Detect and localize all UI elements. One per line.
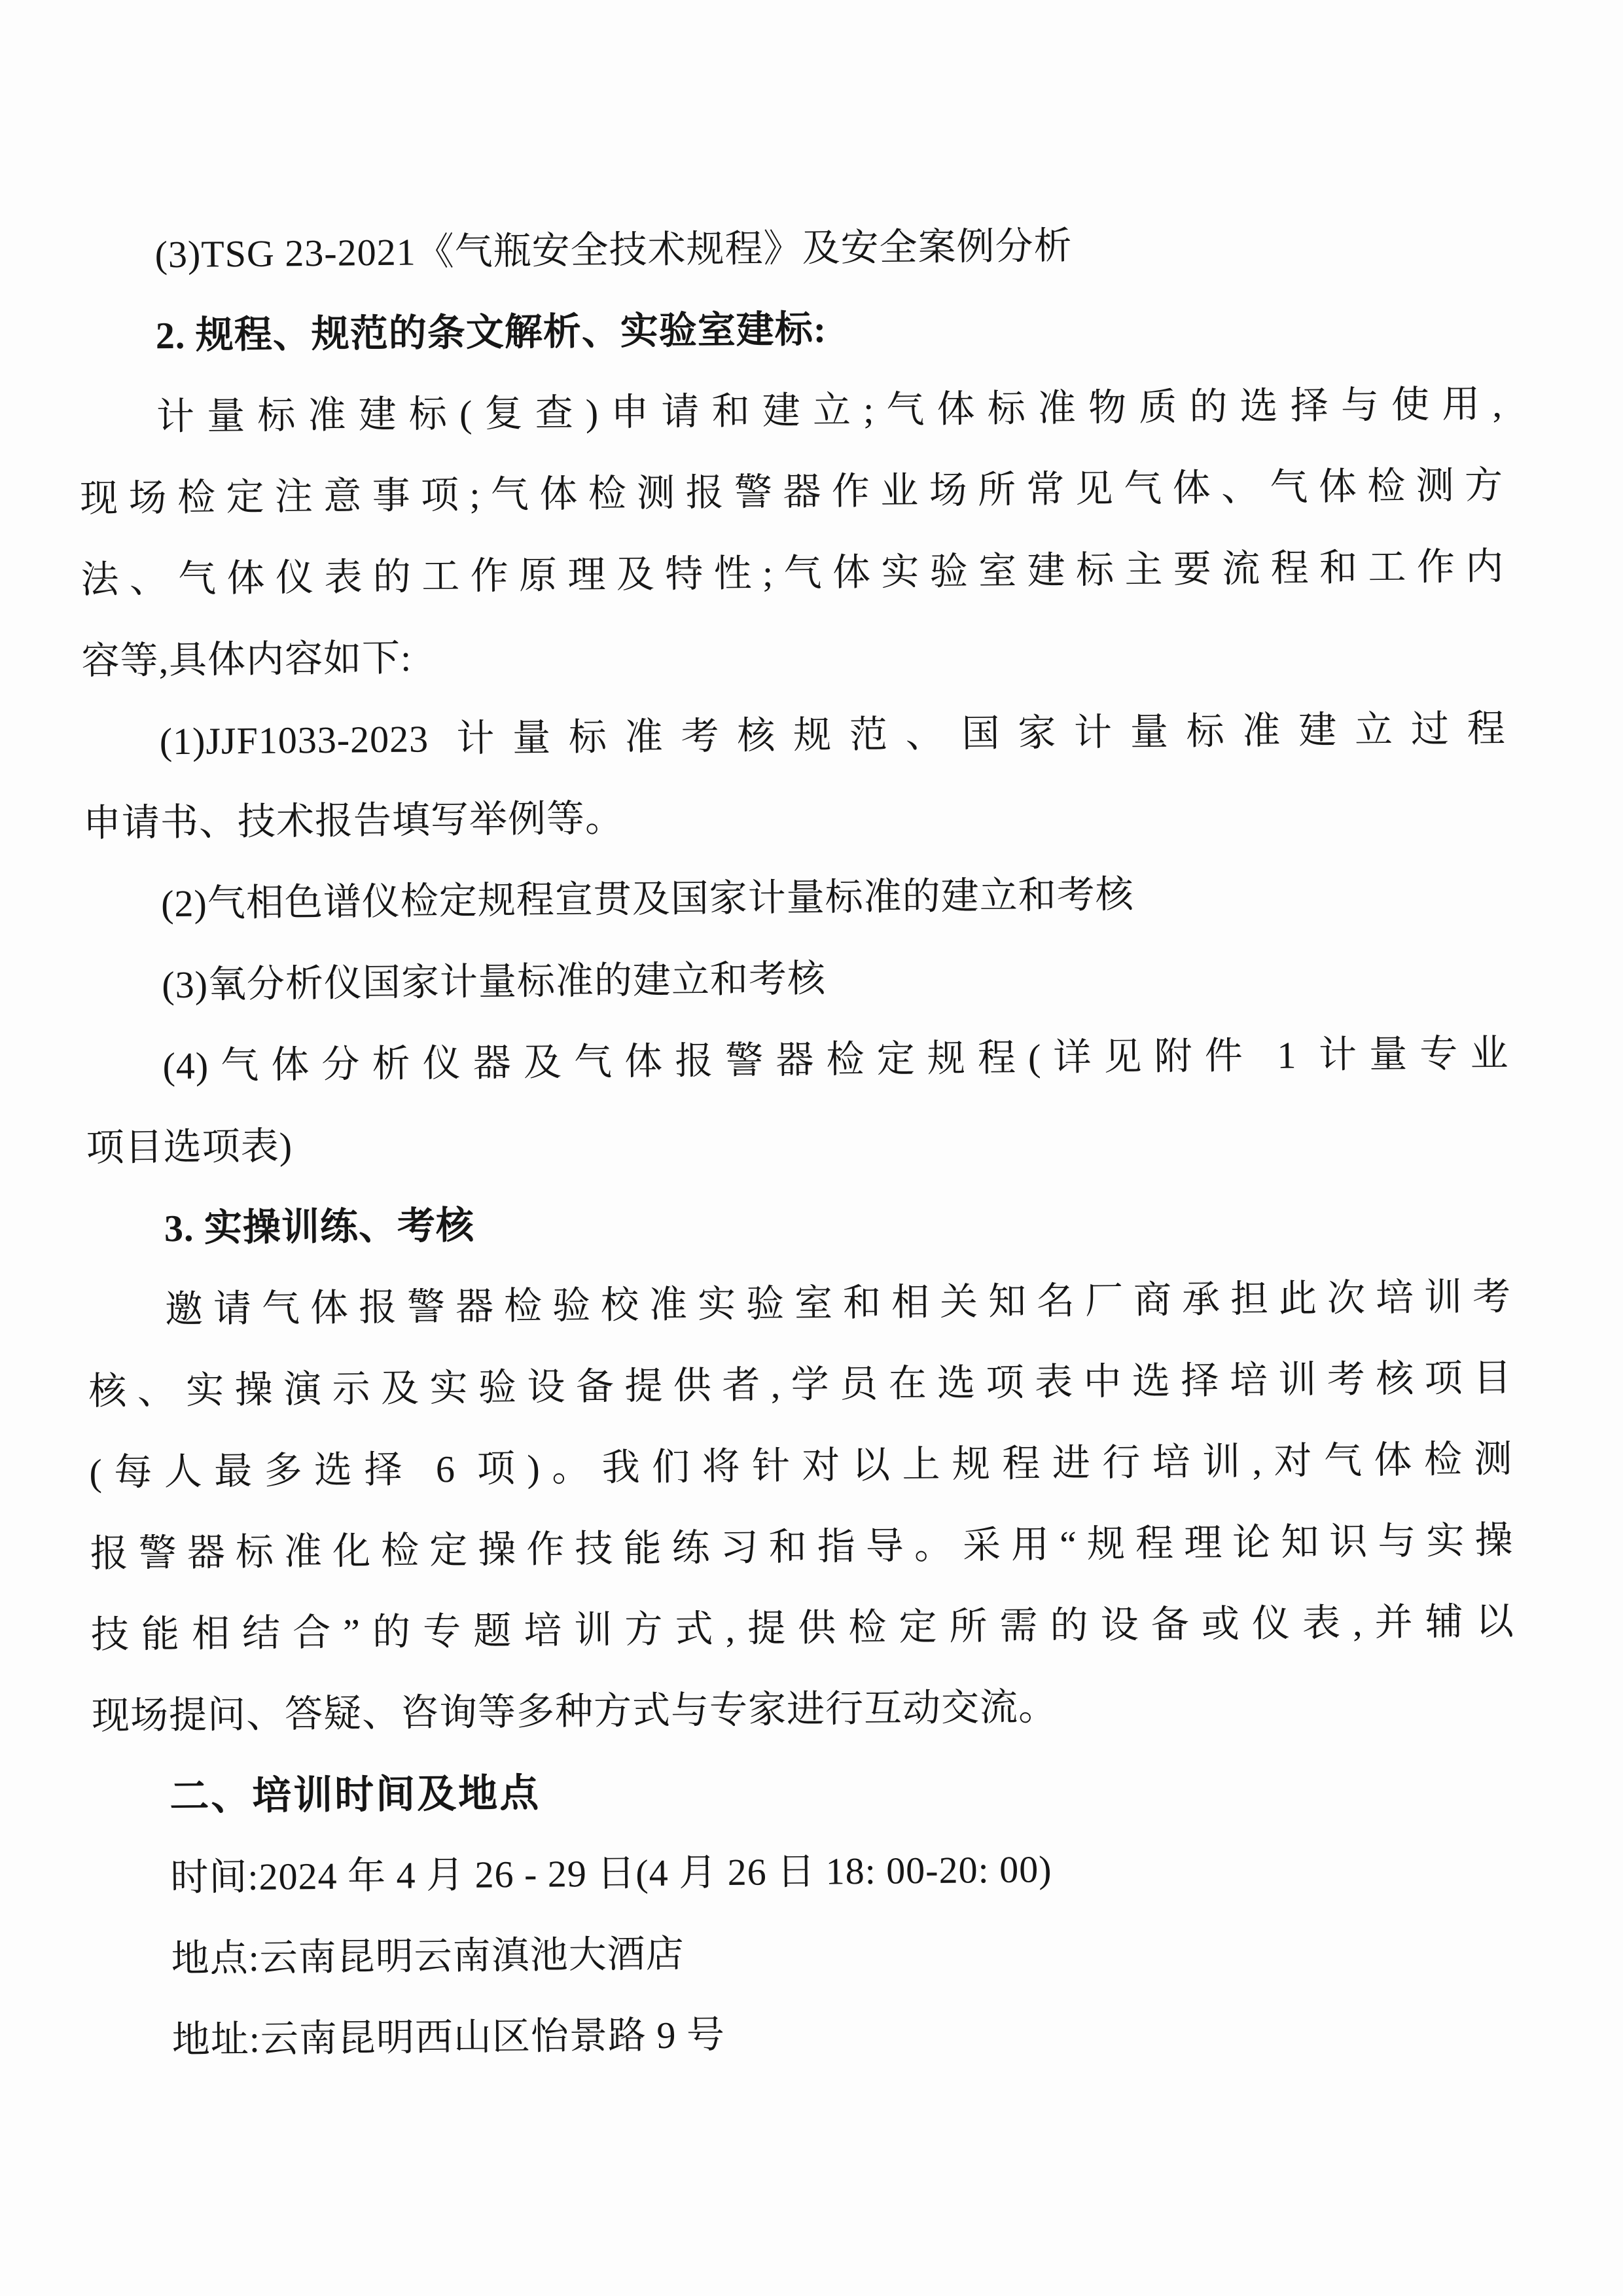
section-heading-training-time-location: 二、培训时间及地点 <box>92 1743 1516 1838</box>
training-time-line: 时间:2024 年 4 月 26 - 29 日(4 月 26 日 18: 00-… <box>93 1824 1517 1919</box>
body-text-line: 容等,具体内容如下: <box>81 607 1505 702</box>
body-text-line: 技能相结合”的专题培训方式,提供检定所需的设备或仪表,并辅以 <box>90 1581 1514 1676</box>
body-text-line: 法、气体仪表的工作原理及特性;气体实验室建标主要流程和工作内 <box>80 526 1505 621</box>
body-text-line: (3)氧分析仪国家计量标准的建立和考核 <box>84 932 1508 1027</box>
body-text-line: (每人最多选择 6 项)。我们将针对以上规程进行培训,对气体检测 <box>89 1418 1513 1513</box>
scanned-document-page: (3)TSG 23-2021《气瓶安全技术规程》及安全案例分析 2. 规程、规范… <box>0 0 1623 2296</box>
body-text-line: (1)JJF1033-2023 计量标准考核规范、国家计量标准建立过程 <box>82 689 1506 783</box>
document-text-block: (3)TSG 23-2021《气瓶安全技术规程》及安全案例分析 2. 规程、规范… <box>77 202 1518 2082</box>
body-text-line: 现场提问、答疑、咨询等多种方式与专家进行互动交流。 <box>91 1662 1515 1757</box>
body-text-line: (4)气体分析仪器及气体报警器检定规程(详见附件 1 计量专业 <box>85 1013 1509 1108</box>
body-text-line: 核、实操演示及实验设备提供者,学员在选项表中选择培训考核项目 <box>88 1337 1512 1432</box>
body-text-line: (3)TSG 23-2021《气瓶安全技术规程》及安全案例分析 <box>77 202 1501 296</box>
body-text-line: 项目选项表) <box>86 1094 1510 1189</box>
body-text-line: 计量标准建标(复查)申请和建立;气体标准物质的选择与使用, <box>79 364 1503 459</box>
body-text-line: 报警器标准化检定操作技能练习和指导。采用“规程理论知识与实操 <box>90 1499 1514 1594</box>
subsection-heading-3: 3. 实操训练、考核 <box>86 1175 1510 1270</box>
subsection-heading-2: 2. 规程、规范的条文解析、实验室建标: <box>78 283 1502 378</box>
body-text-line: (2)气相色谱仪检定规程宣贯及国家计量标准的建立和考核 <box>84 851 1508 946</box>
body-text-line: 邀请气体报警器检验校准实验室和相关知名厂商承担此次培训考 <box>88 1256 1512 1351</box>
body-text-line: 现场检定注意事项;气体检测报警器作业场所常见气体、气体检测方 <box>80 445 1504 540</box>
training-address-line: 地址:云南昆明西山区怡景路 9 号 <box>94 1986 1518 2081</box>
training-venue-line: 地点:云南昆明云南滇池大酒店 <box>94 1905 1518 2000</box>
body-text-line: 申请书、技术报告填写举例等。 <box>82 770 1507 865</box>
